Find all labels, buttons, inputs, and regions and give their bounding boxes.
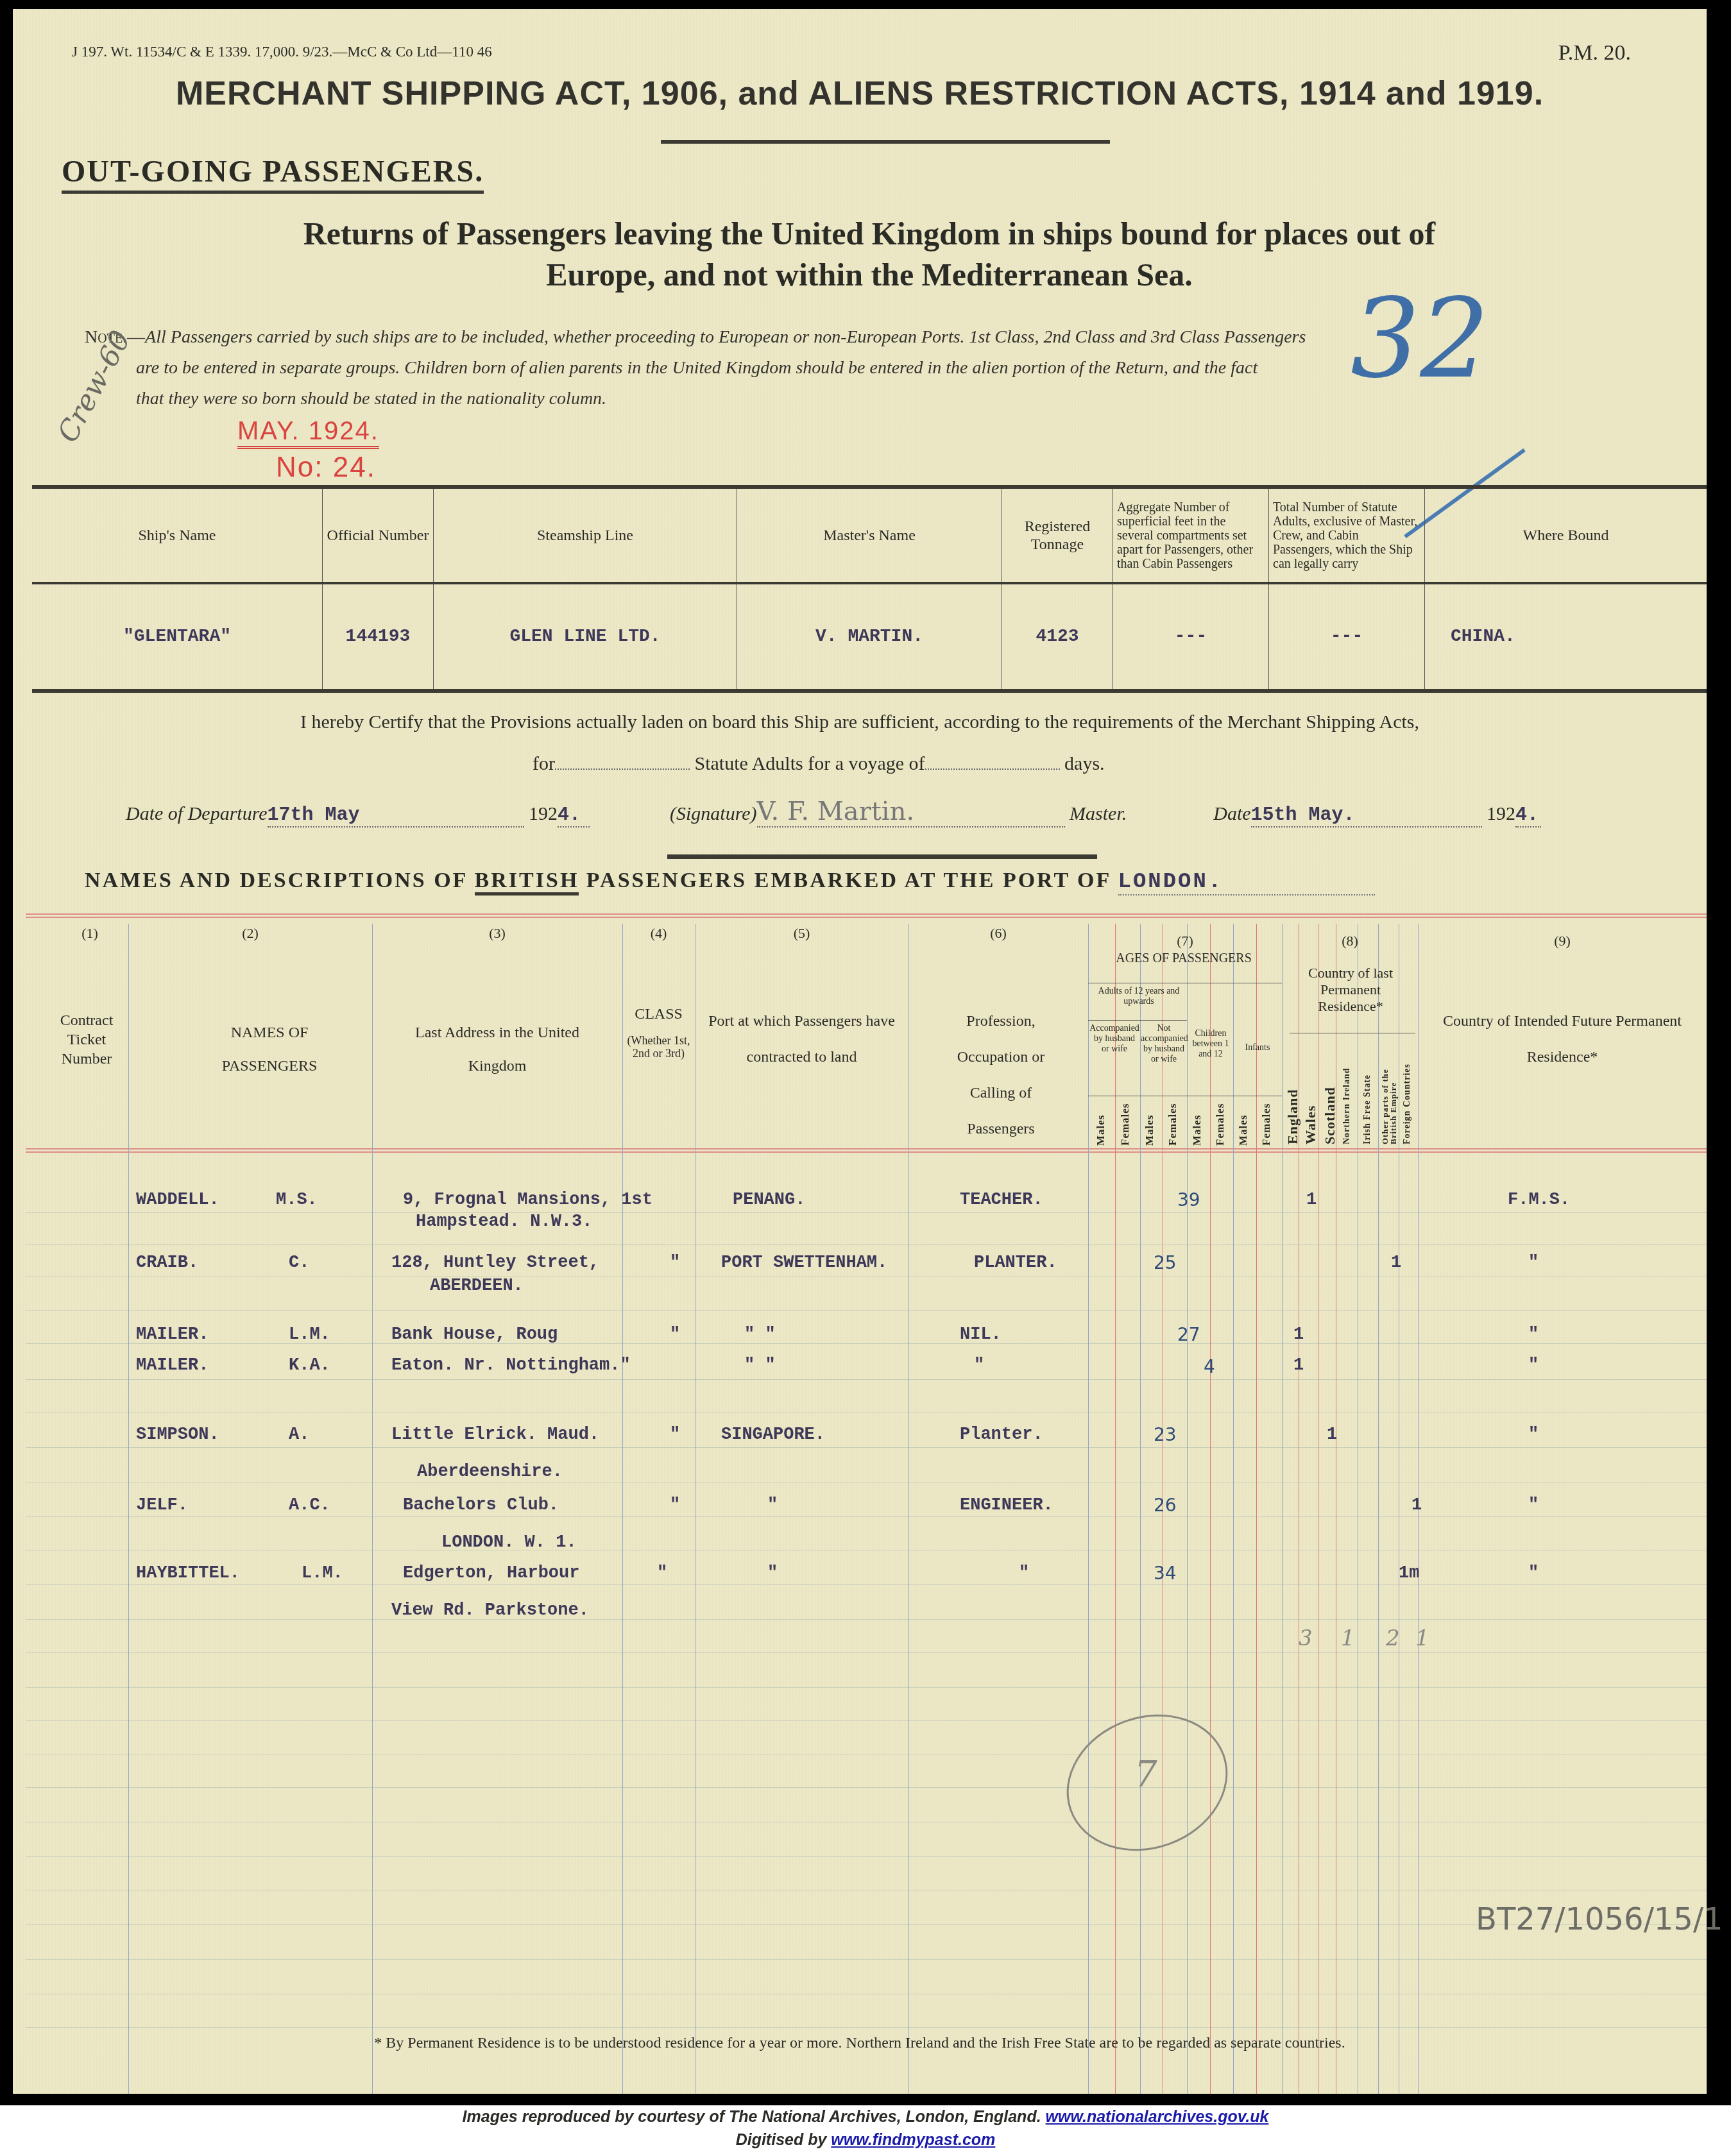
passenger-future-residence: " [1528, 1356, 1539, 1375]
passenger-class: " [670, 1325, 680, 1345]
passenger-initials: M.S. [276, 1191, 318, 1210]
ruling [26, 1516, 1707, 1517]
grid-line [1088, 924, 1089, 2094]
residence-northern-ireland-label: Northern Ireland [1342, 1061, 1352, 1144]
certification-text: I hereby Certify that the Provisions act… [13, 709, 1707, 735]
passenger-address: Eaton. Nr. Nottingham." [391, 1356, 631, 1375]
passenger-address: 128, Huntley Street, [391, 1253, 599, 1273]
departure-label: Date of Departure [126, 803, 268, 824]
findmypast-link[interactable]: www.findmypast.com [831, 2131, 995, 2149]
ship-table-values: "GLENTARA" 144193 GLEN LINE LTD. V. MART… [32, 583, 1707, 691]
passenger-occupation: ENGINEER. [960, 1496, 1053, 1515]
col7-rule [1088, 983, 1282, 983]
ruling [26, 1787, 1707, 1788]
passenger-age: 23 [1154, 1424, 1177, 1445]
page-title: MERCHANT SHIPPING ACT, 1906, and ALIENS … [13, 74, 1707, 113]
grid-line [1233, 924, 1234, 2094]
passenger-address: 9, Frognal Mansions, 1st [403, 1191, 652, 1210]
residence-wales-label: Wales [1302, 1103, 1319, 1144]
ruling [26, 2027, 1707, 2028]
grid-line [622, 924, 623, 2094]
passenger-initials: L.M. [302, 1564, 343, 1583]
ruling [26, 1856, 1707, 1857]
master-signature: V. F. Martin. [757, 797, 1065, 828]
males-label: Males [1095, 1102, 1107, 1146]
col7-adults-rule [1088, 1020, 1187, 1021]
grid-line [128, 924, 129, 2094]
days-label: days. [1064, 753, 1105, 774]
header-steamship-line: Steamship Line [434, 487, 737, 583]
grid-line [1399, 924, 1399, 2094]
header-ship-name: Ship's Name [32, 487, 323, 583]
passenger-occupation: NIL. [960, 1325, 1002, 1345]
residence-scotland-label: Scotland [1322, 1087, 1338, 1144]
passenger-surname: MAILER. [136, 1325, 209, 1345]
passenger-future-residence: F.M.S. [1508, 1191, 1570, 1210]
title-divider [661, 140, 1110, 144]
departure-line: Date of Departure17th May 1924. (Signatu… [126, 797, 1601, 828]
grid-line [1282, 924, 1283, 2094]
total-scotland: 1 [1341, 1625, 1355, 1651]
grid-line [372, 924, 373, 2094]
grid-top-rule [26, 913, 1707, 918]
col6-header: Profession, Occupation or Calling of Pas… [937, 1003, 1065, 1147]
ruling [26, 1720, 1707, 1721]
ship-table-header: Ship's Name Official Number Steamship Li… [32, 487, 1707, 583]
registered-tonnage: 4123 [1002, 583, 1113, 691]
ruling [26, 1550, 1707, 1550]
passenger-port: PENANG. [733, 1191, 805, 1210]
passenger-age: 27 [1177, 1324, 1200, 1345]
females-label: Females [1119, 1102, 1132, 1146]
passenger-initials: K.A. [289, 1356, 330, 1375]
residence-mark-other-empire: 1 [1391, 1253, 1401, 1273]
ruling [26, 1379, 1707, 1380]
col7-not-accompanied-header: Not accompanied by husband or wife [1141, 1024, 1187, 1065]
master-name: V. MARTIN. [737, 583, 1002, 691]
red-stamp-date: MAY. 1924. [237, 417, 379, 449]
passenger-surname: WADDELL. [136, 1191, 219, 1210]
ruling [26, 1994, 1707, 1994]
residence-other-empire-label: Other parts of the British Empire [1381, 1048, 1397, 1144]
document-page: J 197. Wt. 11534/C & E 1339. 17,000. 9/2… [13, 9, 1707, 2094]
col2-header: NAMES OF PASSENGERS [186, 1016, 353, 1083]
total-other-empire: 2 [1386, 1625, 1400, 1651]
ruling [26, 1413, 1707, 1413]
statute-label: Statute Adults for a voyage of [694, 753, 925, 774]
passenger-address-2: View Rd. Parkstone. [391, 1601, 589, 1620]
grid-header-bottom-rule [26, 1148, 1707, 1153]
ruling [26, 1584, 1707, 1585]
passenger-occupation: " [974, 1356, 984, 1375]
official-number: 144193 [323, 583, 434, 691]
col7-children-header: Children between 1 and 12 [1188, 1029, 1233, 1060]
col4-subheader: (Whether 1st, 2nd or 3rd) [626, 1034, 692, 1060]
col1-header: Contract Ticket Number [45, 1011, 128, 1069]
passenger-class: " [670, 1253, 680, 1273]
where-bound: CHINA. [1425, 583, 1707, 691]
grid-line [695, 924, 695, 2094]
grid-line [908, 924, 909, 2094]
header-master-name: Master's Name [737, 487, 1002, 583]
passenger-age: 25 [1154, 1252, 1177, 1273]
ruling [26, 1310, 1707, 1311]
total-england: 3 [1299, 1625, 1313, 1651]
females-label: Females [1214, 1102, 1227, 1146]
form-reference: P.M. 20. [1558, 41, 1631, 65]
residence-mark-scotland: 1 [1327, 1425, 1337, 1445]
passenger-future-residence: " [1528, 1425, 1539, 1445]
passenger-future-residence: " [1528, 1253, 1539, 1273]
passenger-initials: C. [289, 1253, 309, 1273]
archive-reference: BT27/1056/15/1 [1476, 1901, 1723, 1937]
steamship-line: GLEN LINE LTD. [434, 583, 737, 691]
females-label: Females [1166, 1102, 1179, 1146]
residence-england-label: England [1284, 1084, 1301, 1144]
passenger-surname: SIMPSON. [136, 1425, 219, 1445]
image-credits: Images reproduced by courtesy of The Nat… [0, 2105, 1731, 2156]
ruling [26, 1277, 1707, 1277]
col4-number: (4) [622, 925, 695, 942]
passenger-class: " [657, 1564, 667, 1583]
col8-header: Country of last Permanent Residence* [1286, 965, 1415, 1015]
grid-line [1378, 924, 1379, 2094]
aggregate-feet-value: --- [1113, 583, 1269, 691]
passenger-port: SINGAPORE. [721, 1425, 825, 1445]
ruling [26, 1959, 1707, 1960]
col7-header: AGES OF PASSENGERS [1097, 952, 1270, 965]
section-divider [667, 854, 1097, 859]
col8-rule [1290, 1033, 1415, 1033]
certification-year: 4. [1515, 804, 1541, 828]
credit-text: Images reproduced by courtesy of The Nat… [463, 2108, 1041, 2126]
title-suffix: PASSENGERS EMBARKED AT THE PORT OF [586, 869, 1111, 892]
passenger-class: " [670, 1496, 680, 1515]
col5-number: (5) [695, 925, 908, 942]
passenger-occupation: " [1019, 1564, 1029, 1583]
national-archives-link[interactable]: www.nationalarchives.gov.uk [1046, 2108, 1269, 2126]
grid-line [1115, 924, 1116, 2094]
statute-adults-value: --- [1269, 583, 1425, 691]
col7-number: (7) [1088, 933, 1282, 949]
ruling [26, 1687, 1707, 1688]
passenger-port: " " [744, 1356, 776, 1375]
passenger-future-residence: " [1528, 1496, 1539, 1515]
for-label: for [533, 753, 555, 774]
ruling [26, 1652, 1707, 1653]
col7-infants-header: Infants [1234, 1043, 1281, 1053]
col7-sex-rule [1088, 1096, 1282, 1096]
col9-number: (9) [1418, 933, 1707, 949]
grid-line [1210, 924, 1211, 2094]
passenger-address: Bachelors Club. [403, 1496, 559, 1515]
header-statute-adults: Total Number of Statute Adults, exclusiv… [1269, 487, 1425, 583]
passenger-surname: MAILER. [136, 1356, 209, 1375]
footnote: * By Permanent Residence is to be unders… [13, 2035, 1707, 2052]
certification-for-line: for Statute Adults for a voyage of days. [533, 753, 1105, 775]
passenger-surname: CRAIB. [136, 1253, 198, 1273]
header-aggregate-feet: Aggregate Number of superficial feet in … [1113, 487, 1269, 583]
header-registered-tonnage: Registered Tonnage [1002, 487, 1113, 583]
passenger-age: 34 [1154, 1563, 1177, 1584]
residence-foreign-label: Foreign Countries [1403, 1055, 1413, 1144]
departure-year: 4. [558, 804, 590, 828]
col8-number: (8) [1282, 933, 1418, 949]
date-year-prefix: 192 [1487, 803, 1515, 824]
passenger-address-2: ABERDEEN. [430, 1277, 524, 1296]
grid-line [1187, 924, 1188, 2094]
ruling [26, 1447, 1707, 1448]
passenger-port: " [767, 1496, 778, 1515]
print-reference: J 197. Wt. 11534/C & E 1339. 17,000. 9/2… [72, 44, 492, 60]
ruling [26, 1754, 1707, 1754]
blue-handwritten-number: 32 [1351, 285, 1489, 394]
note-line-1: All Passengers carried by such ships are… [145, 327, 1306, 347]
ruling [26, 1482, 1707, 1482]
date-label: Date [1213, 803, 1250, 824]
males-label: Males [1143, 1102, 1156, 1146]
title-prefix: NAMES AND DESCRIPTIONS OF [85, 869, 467, 892]
voyage-days-field [925, 768, 1060, 770]
digitised-text: Digitised by [736, 2131, 827, 2149]
passenger-port: PORT SWETTENHAM. [721, 1253, 887, 1273]
residence-mark-foreign: 1 [1411, 1496, 1422, 1515]
passenger-initials: A.C. [289, 1496, 330, 1515]
grid-line [1318, 924, 1318, 2094]
red-stamp-number: No: 24. [276, 452, 376, 484]
ruling [26, 1890, 1707, 1890]
passenger-age: 4 [1204, 1356, 1215, 1377]
ruling [26, 1212, 1707, 1213]
col7-adults-header: Adults of 12 years and upwards [1091, 987, 1187, 1007]
passenger-age: 26 [1154, 1495, 1177, 1516]
grid-line [1256, 924, 1257, 2094]
header-where-bound: Where Bound [1425, 487, 1707, 583]
passenger-port: " [767, 1564, 778, 1583]
section-heading: OUT-GOING PASSENGERS. [62, 154, 484, 194]
certification-date: 15th May. [1251, 804, 1482, 828]
subtitle-line-1: Returns of Passengers leaving the United… [115, 213, 1623, 254]
passenger-age: 39 [1177, 1189, 1200, 1210]
passenger-occupation: Planter. [960, 1425, 1043, 1445]
passenger-address: Bank House, Roug [391, 1325, 558, 1345]
passenger-address: Edgerton, Harbour [403, 1564, 579, 1583]
passenger-class: " [670, 1425, 680, 1445]
males-label: Males [1237, 1102, 1250, 1146]
ruling [26, 1822, 1707, 1822]
passenger-future-residence: " [1528, 1564, 1539, 1583]
title-british: BRITISH [475, 869, 579, 896]
passenger-section-title: NAMES AND DESCRIPTIONS OF BRITISH PASSEN… [85, 869, 1375, 896]
residence-mark-england: 1 [1293, 1325, 1304, 1345]
passenger-occupation: PLANTER. [974, 1253, 1057, 1273]
col2-number: (2) [128, 925, 372, 942]
signature-label: (Signature) [670, 803, 757, 824]
ruling [26, 1924, 1707, 1925]
embarkation-port: LONDON. [1118, 870, 1375, 896]
females-label: Females [1260, 1102, 1273, 1146]
ship-name: "GLENTARA" [32, 583, 323, 691]
passenger-address: Little Elrick. Maud. [391, 1425, 599, 1445]
passenger-surname: HAYBITTEL. [136, 1564, 240, 1583]
col3-number: (3) [372, 925, 622, 942]
col1-number: (1) [51, 925, 128, 942]
ruling [26, 1244, 1707, 1245]
passenger-address-2: LONDON. W. 1. [441, 1533, 577, 1552]
col9-header: Country of Intended Future Permanent Res… [1437, 1003, 1687, 1075]
statute-adults-field [555, 768, 690, 770]
col7-accompanied-header: Accompanied by husband or wife [1089, 1024, 1139, 1055]
passenger-occupation: TEACHER. [960, 1191, 1043, 1210]
total-foreign: 1 [1415, 1625, 1429, 1651]
col3-header: Last Address in the United Kingdom [391, 1016, 603, 1083]
residence-mark-other-empire: 1m [1399, 1564, 1419, 1583]
passenger-address-2: Hampstead. N.W.3. [416, 1212, 592, 1232]
residence-mark-england: 1 [1306, 1191, 1317, 1210]
ruling [26, 1343, 1707, 1344]
col5-header: Port at which Passengers have contracted… [701, 1003, 902, 1075]
passenger-initials: A. [289, 1425, 309, 1445]
passenger-initials: L.M. [289, 1325, 330, 1345]
residence-mark-england: 1 [1293, 1356, 1304, 1375]
circled-total: 7 [1134, 1754, 1157, 1795]
col6-number: (6) [908, 925, 1088, 942]
ruling [26, 1619, 1707, 1620]
ship-details-table: Ship's Name Official Number Steamship Li… [32, 485, 1707, 693]
passenger-surname: JELF. [136, 1496, 188, 1515]
grid-line [1358, 924, 1358, 2094]
passenger-address-2: Aberdeenshire. [417, 1463, 563, 1482]
residence-irish-free-state-label: Irish Free State [1363, 1069, 1373, 1144]
departure-year-prefix: 192 [529, 803, 558, 824]
grid-line [1140, 924, 1141, 2094]
departure-date: 17th May [268, 804, 524, 828]
master-label: Master. [1070, 803, 1127, 824]
passenger-port: " " [744, 1325, 776, 1345]
males-label: Males [1191, 1102, 1204, 1146]
passenger-future-residence: " [1528, 1325, 1539, 1345]
col4-header: CLASS [622, 1005, 695, 1024]
header-official-number: Official Number [323, 487, 434, 583]
